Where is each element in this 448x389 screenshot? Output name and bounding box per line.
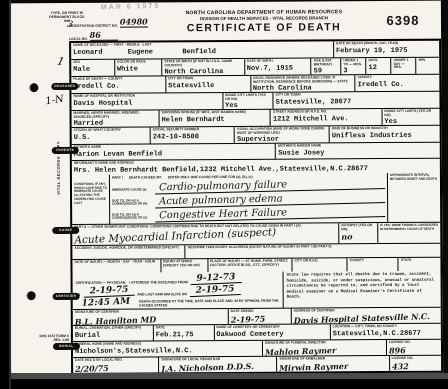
certificate-number: 6398 (367, 9, 439, 28)
under-1-year-days-value: 12 (368, 64, 388, 73)
marital-status-value: Married (74, 120, 157, 127)
date-of-injury: DATE OF INJURY — MONTH · DAY · YEAR · HO… (72, 259, 161, 273)
name-of-deceased: NAME OF DECEASED — FIRST · MIDDLE · LAST… (71, 41, 334, 59)
inside-city-limits-death-label: INSIDE CITY LIMITS (YES OR NO) (225, 94, 271, 102)
cemetery-or-crematory: NAME OF CEMETERY OR CREMATORYOakwood Cem… (214, 324, 330, 340)
social-security-number-value: 242-10-8500 (153, 133, 232, 142)
business-or-industry-value: Unifless Industries (332, 131, 438, 140)
date-of-injury-label: DATE OF INJURY — MONTH · DAY · YEAR · HO… (74, 260, 158, 264)
citizen-of-country: CITIZEN OF WHAT COUNTRYU.S. (72, 127, 151, 143)
date-signed: DATE SIGNED2-19-75 (229, 309, 292, 324)
age-last-birthday-value: 59 (314, 68, 339, 75)
due-to-b-label: DUE TO, OR AS A CONSEQUENCE OF (b) (112, 199, 152, 206)
residence-county-value: Iredell Co. (358, 80, 438, 89)
inside-city-limits-residence-label: INSIDE CITY LIMITS (YES OR NO) (384, 110, 437, 118)
mother-maiden-name: MOTHER'S MAIDEN NAMESusie Josey (276, 143, 440, 159)
embalmer-signature: SIGNATURE OF EMBALMERMirwin Raymer (277, 356, 389, 372)
residence-city-value: Statesville, 28677 (276, 97, 438, 106)
under-1-year-days-label: DAYS (368, 59, 388, 63)
citizen-of-country-label: CITIZEN OF WHAT COUNTRY (74, 128, 148, 132)
under-1-day-hours-label: UNDER 1 DAY — HRS. (394, 59, 414, 70)
cemetery-location-value: Statesville,N.C.28677 (333, 329, 439, 338)
under-1-year-months: UNDER 1 YR — MOS.3 (341, 58, 366, 74)
last-seen-alive-label: AND LAST SAW HIM ALIVE ON (137, 292, 187, 296)
usual-occupation-label: USUAL OCCUPATION (KIND OF WORK DONE DURI… (237, 127, 327, 135)
sex-label: SEX (73, 61, 112, 65)
funeral-home-value: Nicholson's,Statesville,N.C. (75, 347, 260, 357)
business-or-industry-label: KIND OF BUSINESS OR INDUSTRY (332, 127, 438, 131)
margin-tab-certifier: CERTIFIER (53, 293, 80, 300)
date-signed-value: 2-19-75 (231, 314, 289, 324)
date-received-by-local-registrar: DATE REC'D BY LOCAL REG.2/20/75 (73, 357, 159, 373)
injury-state-label: STATE (401, 259, 439, 263)
funeral-director-signature-value: Mahlon Raymer (265, 344, 384, 356)
usual-occupation: USUAL OCCUPATION (KIND OF WORK DONE DURI… (235, 126, 330, 143)
date-of-death-value: February 19, 1975 (336, 46, 437, 55)
registration-district-label: REGISTRATION DISTRICT NO. (69, 24, 118, 28)
place-of-death-county: PLACE OF DEATH — COUNTYIredell Co. (71, 76, 166, 93)
burial-cremation-other-value: Burial (75, 331, 151, 340)
date-of-death-label: DATE OF DEATH (MONTH, DAY, YEAR) (336, 42, 437, 46)
under-1-year-months-label: UNDER 1 YR — MOS. (343, 59, 363, 67)
cause-side-note: CONDITIONS, IF ANY, WHICH GAVE RISE TO I… (72, 175, 110, 224)
state-of-birth-value: North Carolina (164, 68, 241, 75)
place-of-injury: PLACE OF INJURY — AT HOME, FARM, STREET,… (208, 259, 293, 273)
funeral-director-signature: SIGNATURE OF FUNERAL DIRECTORMahlon Raym… (263, 340, 387, 356)
interval-column: APPROXIMATE INTERVAL BETWEEN ONSET AND D… (388, 173, 440, 222)
injury-county: COUNTY (348, 258, 399, 271)
accident-suicide-homicide-label: ACCIDENT, SUICIDE, HOMICIDE, OR UNDETERM… (74, 246, 182, 250)
under-1-year-days: DAYS12 (366, 58, 391, 74)
inside-city-limits-residence: INSIDE CITY LIMITS (YES OR NO)Yes (382, 109, 439, 125)
embalmer-license-value: 432 (392, 361, 440, 371)
cemetery-or-crematory-value: Oakwood Cemetery (216, 330, 327, 339)
place-of-death-city-label: CITY OR TOWN (168, 77, 248, 81)
certificate-title: CERTIFICATE OF DEATH (161, 21, 367, 34)
residence-county-label: COUNTY (358, 76, 438, 80)
form-code: DHS 1972 FORM 6 REV. 1-68 (39, 334, 69, 342)
residence-city: CITY OR TOWNStatesville, 28677 (274, 92, 440, 109)
injury-at-work: INJURY AT WORK (SPECIFY YES OR NO) (161, 259, 208, 272)
residence-state: USUAL RESIDENCE (WHERE DECEASED LIVED. I… (251, 75, 356, 92)
date-of-birth-value: Nov.7, 1915 (247, 64, 309, 73)
surviving-spouse-label: SURVIVING SPOUSE (IF WIFE, GIVE MAIDEN N… (162, 111, 268, 115)
under-1-day-min: MIN. (417, 58, 440, 74)
embalmer-license-label: LICENSE NO. (392, 357, 439, 361)
form-row: DATE REC'D BY LOCAL REG.2/20/75SIGNATURE… (73, 356, 441, 373)
under-1-year-months-value: 3 (343, 68, 363, 75)
residence-county: COUNTYIredell Co. (356, 75, 440, 92)
certificate-page: MAR 6 1975 TYPE, OR PRINT IN PERMANENT B… (9, 1, 443, 376)
date-of-birth: DATE OF BIRTHNov.7, 1915 (245, 58, 312, 74)
local-registrar-signature: SIGNATURE OF LOCAL REGISTRARJ.A. Nichols… (159, 357, 277, 373)
causes-stated-label: DEATH OCCURRED AT THE TIME, DATE AND PLA… (139, 299, 280, 308)
place-of-injury-label: PLACE OF INJURY — AT HOME, FARM, STREET,… (210, 260, 290, 268)
accident-suicide-homicide: ACCIDENT, SUICIDE, HOMICIDE, OR UNDETERM… (72, 245, 185, 259)
residence-state-value: North Carolina (253, 85, 353, 92)
sex-value: Male (73, 65, 112, 74)
color-or-race: COLOR OR RACEWhite (115, 59, 163, 75)
inside-city-limits-death-value: Yes (225, 102, 271, 109)
business-or-industry: KIND OF BUSINESS OR INDUSTRYUnifless Ind… (330, 126, 440, 143)
place-of-death-city-value: Statesville (168, 82, 248, 91)
certifier-address: ADDRESS OF CERTIFIERDavis Hospital State… (292, 308, 441, 324)
social-security-number: SOCIAL SECURITY NUMBER242-10-8500 (151, 127, 235, 144)
certification-section: CERTIFICATION — PHYSICIAN: I ATTENDED TH… (73, 271, 441, 310)
medical-examiner-notice: State law requires that all deaths due t… (283, 271, 440, 308)
burial-cremation-other: BURIAL, CREMATION, OTHER (SPECIFY)Burial (73, 326, 154, 341)
margin-tab-cause: CAUSE (52, 227, 79, 234)
margin-handwritten-mark: 1-N (45, 94, 65, 108)
describe-how-injury-occurred: DESCRIBE HOW INJURY OCCURRED (ENTER NATU… (186, 244, 441, 259)
cemetery-location: LOCATION — CITY, TOWN, OR COUNTYStatesvi… (331, 324, 441, 340)
color-or-race-value: White (117, 65, 160, 74)
describe-how-injury-occurred-label: DESCRIBE HOW INJURY OCCURRED (ENTER NATU… (188, 245, 439, 250)
attended-from-value: 9-12-73 (191, 272, 242, 285)
cause-main-column: PART I DEATH CAUSED BY: ENTER ONLY ONE C… (110, 173, 388, 224)
street-address: STREET ADDRESS OR R.F.D. NO.1212 Mitchel… (271, 109, 383, 126)
street-address-value: 1212 Mitchell Ave. (273, 115, 379, 124)
certificate-form: NAME OF DECEASED — FIRST · MIDDLE · LAST… (69, 39, 443, 375)
under-1-day-min-label: MIN. (419, 59, 438, 63)
certificate-header: REGISTRATION DISTRICT NO. 04980 LOCAL NO… (69, 9, 439, 41)
funeral-director-license: LICENSE NO.896 (387, 340, 441, 355)
date-of-death: DATE OF DEATH (MONTH, DAY, YEAR)February… (334, 41, 439, 58)
date-received-by-local-registrar-value: 2/20/75 (75, 362, 157, 373)
autopsy-value: no (341, 232, 375, 243)
date-of-birth-label: DATE OF BIRTH (247, 59, 309, 63)
part2-section: PART II — OTHER SIGNIFICANT CONDITIONS: … (72, 223, 440, 246)
death-caused-by-label: DEATH CAUSED BY: (129, 175, 162, 179)
margin-tab-parents: PARENTS (52, 147, 79, 154)
certifier-address-value: Davis Hospital Statesville N.C. (294, 312, 439, 324)
date-of-injury-value (74, 265, 158, 266)
injury-state: STATE (399, 258, 441, 271)
injury-city-or-rfd: CITY OR R.F.D. (293, 258, 348, 271)
cause-of-death-section: CONDITIONS, IF ANY, WHICH GAVE RISE TO I… (72, 173, 440, 225)
place-of-death-county-label: PLACE OF DEATH — COUNTY (73, 77, 163, 81)
disposition-date-value: Feb.21,75 (156, 331, 212, 340)
mother-maiden-name-value: Susie Josey (278, 148, 438, 157)
registration-district-value: 04980 (120, 16, 148, 27)
marital-status-label: MARRIED, NEVER MARRIED, WIDOWED, DIVORCE… (74, 111, 157, 119)
hole-punch (29, 83, 38, 92)
margin-tab-burial: BURIAL (53, 343, 80, 350)
due-to-c-label: DUE TO, OR AS A CONSEQUENCE OF (c) (112, 213, 152, 220)
injury-at-work-label: INJURY AT WORK (SPECIFY YES OR NO) (163, 260, 205, 268)
local-no-value: 86 (90, 30, 118, 41)
social-security-number-label: SOCIAL SECURITY NUMBER (153, 128, 232, 132)
department-block: NORTH CAROLINA DEPARTMENT OF HUMAN RESOU… (161, 9, 367, 34)
part1-label: PART I (112, 176, 123, 180)
hospital-or-institution: NAME OF HOSPITAL OR INSTITUTIONDavis Hos… (71, 93, 223, 110)
local-registrar-signature-value: J.A. Nicholson D.D.S. (161, 361, 274, 372)
place-of-death-city: CITY OR TOWNStatesville (166, 76, 251, 93)
under-1-day-hours: UNDER 1 DAY — HRS. (392, 58, 417, 74)
residence-state-label: USUAL RESIDENCE (WHERE DECEASED LIVED. I… (253, 76, 353, 84)
place-of-death-county-value: Iredell Co. (73, 82, 163, 91)
funeral-director-license-value: 896 (389, 345, 439, 355)
usual-occupation-value: Supervisor (237, 136, 327, 143)
funeral-home: FUNERAL HOME (NAME AND ADDRESS)Nicholson… (73, 341, 263, 357)
disposition-date: DATEFeb.21,75 (154, 325, 215, 340)
injury-city-or-rfd-label: CITY OR R.F.D. (295, 259, 345, 263)
street-address-label: STREET ADDRESS OR R.F.D. NO. (273, 110, 379, 114)
registration-district-block: REGISTRATION DISTRICT NO. 04980 LOCAL NO… (69, 10, 161, 41)
last-seen-alive-value: 2-19-75 (190, 284, 241, 297)
margin-tab-deceased: DECEASED (51, 83, 78, 90)
inside-city-limits-residence-value: Yes (384, 118, 437, 125)
certifier-signature: SIGNATURE OF CERTIFIERB.L. Hamilton MD (73, 309, 229, 325)
state-of-birth: STATE OF BIRTH (IF NOT IN U.S.A., NAME C… (162, 59, 244, 76)
disposition-date-label: DATE (156, 326, 212, 330)
age-last-birthday-label: AGE (LAST BIRTHDAY) (314, 59, 339, 67)
marital-status: MARRIED, NEVER MARRIED, WIDOWED, DIVORCE… (72, 110, 160, 127)
burial-cremation-other-label: BURIAL, CREMATION, OTHER (SPECIFY) (75, 327, 151, 331)
inside-city-limits-death: INSIDE CITY LIMITS (YES OR NO)Yes (223, 93, 274, 109)
surviving-spouse: SURVIVING SPOUSE (IF WIFE, GIVE MAIDEN N… (160, 110, 272, 127)
cemetery-or-crematory-label: NAME OF CEMETERY OR CREMATORY (216, 325, 327, 329)
surviving-spouse-value: Helen Bernhardt (162, 115, 268, 124)
immediate-cause-label: IMMEDIATE CAUSE (a) (112, 189, 152, 193)
funeral-director-license-label: LICENSE NO. (389, 341, 439, 345)
embalmer-signature-value: Mirwin Raymer (279, 360, 387, 371)
accident-suicide-homicide-value (74, 251, 182, 252)
margin-handwritten-mark: 1 (56, 54, 66, 68)
hole-punch (27, 291, 36, 300)
hospital-or-institution-value: Davis Hospital (73, 99, 220, 108)
color-or-race-label: COLOR OR RACE (117, 60, 160, 64)
state-of-birth-label: STATE OF BIRTH (IF NOT IN U.S.A., NAME C… (164, 60, 241, 68)
age-last-birthday: AGE (LAST BIRTHDAY)59 (312, 58, 342, 74)
father-name: FATHER'S NAMEMarion Levan Benfield (72, 144, 277, 160)
name-of-deceased-value: Leonard Eugene Benfield (73, 47, 331, 57)
findings-label: IF YES, WERE FINDINGS CONSIDERED IN DETE… (378, 223, 440, 243)
attended-from-label: I ATTENDED THE DECEASED FROM (129, 280, 187, 284)
time-of-death-value: 12:45 AM (76, 297, 137, 309)
citizen-of-country-value: U.S. (74, 133, 148, 142)
sex: SEXMale (71, 60, 115, 76)
father-name-value: Marion Levan Benfield (74, 149, 273, 159)
enter-note-label: ENTER ONLY ONE CAUSE PER LINE FOR (a), (… (168, 175, 253, 180)
cemetery-location-label: LOCATION — CITY, TOWN, OR COUNTY (333, 325, 439, 329)
injury-county-label: COUNTY (350, 259, 396, 263)
embalmer-license: LICENSE NO.432 (390, 356, 442, 371)
certifier-signature-value: B.L. Hamilton MD (75, 313, 226, 325)
